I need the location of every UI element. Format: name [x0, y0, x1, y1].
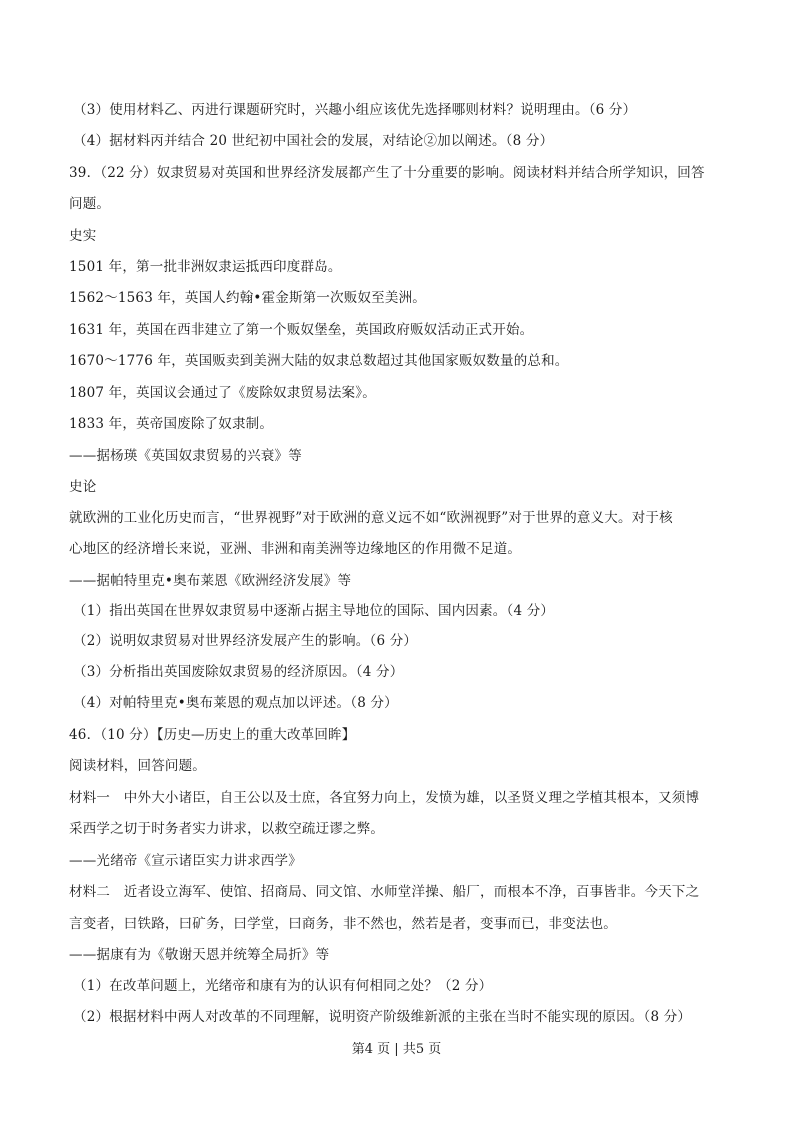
question-39-stem-cont: 问题。	[69, 194, 729, 214]
q39-sub-question-3: （3）分析指出英国废除奴隶贸易的经济原因。（4 分）	[73, 662, 733, 682]
fact-1670: 1670～1776 年，英国贩卖到美洲大陆的奴隶总数超过其他国家贩奴数量的总和。	[69, 351, 729, 371]
q39-sub-question-4: （4）对帕特里克•奥布莱恩的观点加以评述。（8 分）	[73, 693, 733, 713]
fact-1562: 1562～1563 年，英国人约翰•霍金斯第一次贩奴至美洲。	[69, 288, 729, 308]
q39-sub-question-2: （2）说明奴隶贸易对世界经济发展产生的影响。（6 分）	[73, 631, 733, 651]
fact-1631: 1631 年，英国在西非建立了第一个贩奴堡垒，英国政府贩奴活动正式开始。	[69, 320, 729, 340]
material-2-cont: 言变者，曰铁路，曰矿务，曰学堂，曰商务，非不然也，然若是者，变事而已，非变法也。	[69, 914, 729, 934]
question-39-stem: 39．（22 分）奴隶贸易对英国和世界经济发展都产生了十分重要的影响。阅读材料并…	[69, 163, 729, 183]
sub-question-3: （3）使用材料乙、丙进行课题研究时，兴趣小组应该优先选择哪则材料？说明理由。（6…	[73, 100, 733, 120]
source-citation-obrien: ——据帕特里克•奥布莱恩《欧洲经济发展》等	[69, 571, 729, 591]
q39-sub-question-1: （1）指出英国在世界奴隶贸易中逐渐占据主导地位的国际、国内因素。（4 分）	[73, 601, 733, 621]
fact-1833: 1833 年，英帝国废除了奴隶制。	[69, 414, 729, 434]
argument-text-cont: 心地区的经济增长来说，亚洲、非洲和南美洲等边缘地区的作用微不足道。	[69, 539, 729, 559]
fact-1501: 1501 年，第一批非洲奴隶运抵西印度群岛。	[69, 257, 729, 277]
heading-historical-facts: 史实	[69, 226, 729, 246]
material-1: 材料一 中外大小诸臣，自王公以及士庶，各宜努力向上，发愤为雄，以圣贤义理之学植其…	[69, 788, 729, 808]
document-page: （3）使用材料乙、丙进行课题研究时，兴趣小组应该优先选择哪则材料？说明理由。（6…	[0, 0, 793, 1122]
material-2: 材料二 近者设立海军、使馆、招商局、同文馆、水师堂洋操、船厂，而根本不净，百事皆…	[69, 882, 729, 902]
question-46-title: 46．（10 分）【历史—历史上的重大改革回眸】	[69, 725, 729, 745]
sub-question-4: （4）据材料丙并结合 20 世纪初中国社会的发展，对结论②加以阐述。（8 分）	[73, 131, 733, 151]
argument-text: 就欧洲的工业化历史而言，“世界视野”对于欧洲的意义远不如“欧洲视野”对于世界的意…	[69, 508, 729, 528]
material-1-cont: 采西学之切于时务者实力讲求，以救空疏迂谬之弊。	[69, 819, 729, 839]
question-46-instruction: 阅读材料，回答问题。	[69, 756, 729, 776]
source-citation-yang: ——据杨瑛《英国奴隶贸易的兴衰》等	[69, 446, 729, 466]
fact-1807: 1807 年，英国议会通过了《废除奴隶贸易法案》。	[69, 383, 729, 403]
source-citation-guangxu: ——光绪帝《宣示诸臣实力讲求西学》	[69, 851, 729, 871]
source-citation-kang: ——据康有为《敬谢天恩并统筹全局折》等	[69, 945, 729, 965]
q46-sub-question-2: （2）根据材料中两人对改革的不同理解，说明资产阶级维新派的主张在当时不能实现的原…	[73, 1007, 733, 1027]
heading-historical-argument: 史论	[69, 477, 729, 497]
q46-sub-question-1: （1）在改革问题上，光绪帝和康有为的认识有何相同之处？（2 分）	[73, 976, 733, 996]
page-number-footer: 第4 页 | 共5 页	[0, 1040, 793, 1060]
